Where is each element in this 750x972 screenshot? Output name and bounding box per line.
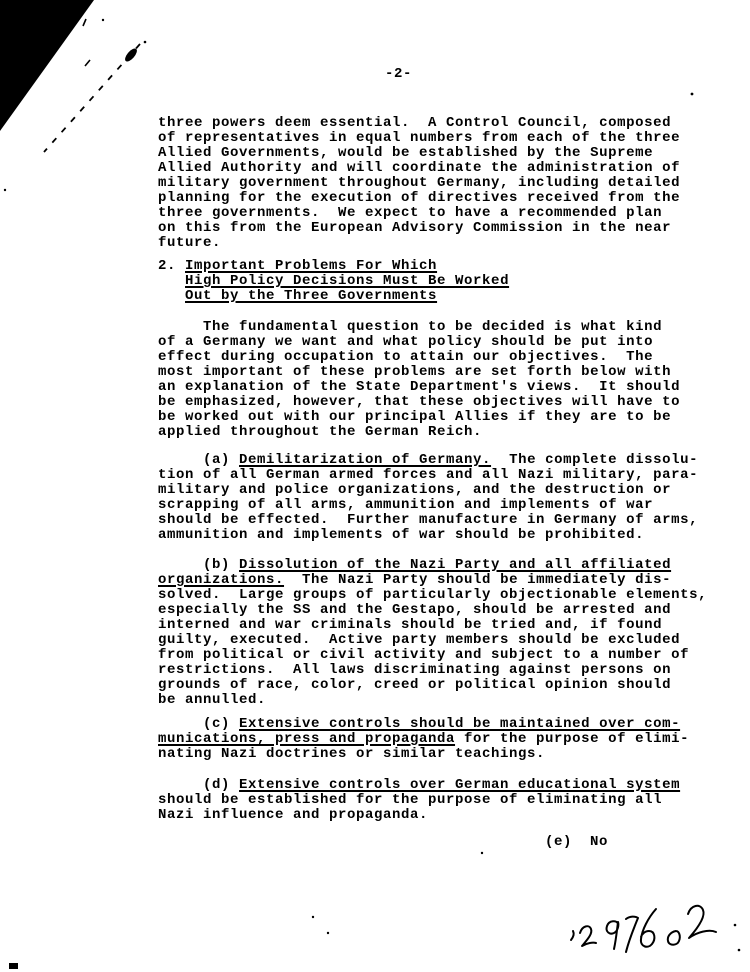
heading-section-2: 2. Important Problems For Which High Pol…: [158, 259, 509, 304]
text-line: should be effected. Further manufacture …: [158, 513, 698, 528]
pencil-line: [44, 44, 140, 152]
text-line: scrapping of all arms, ammunition and im…: [158, 498, 698, 513]
text-line: 2. Important Problems For Which: [158, 259, 509, 274]
text-line: applied throughout the German Reich.: [158, 425, 680, 440]
text-line: of a Germany we want and what policy sho…: [158, 335, 680, 350]
text-line: future.: [158, 236, 680, 251]
text-line: most important of these problems are set…: [158, 365, 680, 380]
text-line: Allied Governments, would be established…: [158, 146, 680, 161]
para-b-dissolution-nazi-party: (b) Dissolution of the Nazi Party and al…: [158, 558, 707, 708]
text-line: restrictions. All laws discriminating ag…: [158, 663, 707, 678]
text-line: of representatives in equal numbers from…: [158, 131, 680, 146]
para-c-controls-communications: (c) Extensive controls should be maintai…: [158, 717, 689, 762]
text-line: an explanation of the State Department's…: [158, 380, 680, 395]
text-line: Nazi influence and propaganda.: [158, 808, 680, 823]
text-line: Allied Authority and will coordinate the…: [158, 161, 680, 176]
page-number: -2-: [385, 67, 412, 82]
text-line: (e) No: [545, 835, 608, 850]
digit-7: [626, 917, 638, 952]
text-line: interned and war criminals should be tri…: [158, 618, 707, 633]
text-line: three governments. We expect to have a r…: [158, 206, 680, 221]
text-line: especially the SS and the Gestapo, shoul…: [158, 603, 707, 618]
text-line: be worked out with our principal Allies …: [158, 410, 680, 425]
text-line: munications, press and propaganda for th…: [158, 732, 689, 747]
line-e-continuation: (e) No: [545, 835, 608, 850]
text-line: planning for the execution of directives…: [158, 191, 680, 206]
digit-2: [688, 906, 716, 938]
ink-blob: [123, 47, 139, 64]
text-line: military and police organizations, and t…: [158, 483, 698, 498]
text-line: nating Nazi doctrines or similar teachin…: [158, 747, 689, 762]
digit-2: [580, 926, 596, 946]
text-line: ammunition and implements of war should …: [158, 528, 698, 543]
text-line: be emphasized, however, that these objec…: [158, 395, 680, 410]
text-line: three powers deem essential. A Control C…: [158, 116, 680, 131]
digit-6: [641, 909, 656, 947]
digit-0: [668, 931, 680, 945]
text-line: tion of all German armed forces and all …: [158, 468, 698, 483]
text-line: (c) Extensive controls should be maintai…: [158, 717, 689, 732]
text-line: (a) Demilitarization of Germany. The com…: [158, 453, 698, 468]
para-control-council: three powers deem essential. A Control C…: [158, 116, 680, 251]
para-a-demilitarization: (a) Demilitarization of Germany. The com…: [158, 453, 698, 543]
para-fundamental-question: The fundamental question to be decided i…: [158, 320, 680, 440]
text-line: from political or civil activity and sub…: [158, 648, 707, 663]
digit-9: [607, 921, 619, 949]
scanned-document-page: -2- three powers deem essential. A Contr…: [0, 0, 750, 972]
text-line: (b) Dissolution of the Nazi Party and al…: [158, 558, 707, 573]
para-d-controls-education: (d) Extensive controls over German educa…: [158, 778, 680, 823]
text-line: should be established for the purpose of…: [158, 793, 680, 808]
handwritten-mark: [571, 931, 574, 940]
text-line: High Policy Decisions Must Be Worked: [158, 274, 509, 289]
text-line: grounds of race, color, creed or politic…: [158, 678, 707, 693]
corner-fold-shadow: [0, 0, 94, 131]
text-line: guilty, executed. Active party members s…: [158, 633, 707, 648]
pencil-ticks: [83, 19, 90, 66]
text-line: solved. Large groups of particularly obj…: [158, 588, 707, 603]
text-line: Out by the Three Governments: [158, 289, 509, 304]
text-line: (d) Extensive controls over German educa…: [158, 778, 680, 793]
text-line: on this from the European Advisory Commi…: [158, 221, 680, 236]
text-line: The fundamental question to be decided i…: [158, 320, 680, 335]
text-line: military government throughout Germany, …: [158, 176, 680, 191]
text-line: effect during occupation to attain our o…: [158, 350, 680, 365]
text-line: organizations. The Nazi Party should be …: [158, 573, 707, 588]
text-line: be annulled.: [158, 693, 707, 708]
